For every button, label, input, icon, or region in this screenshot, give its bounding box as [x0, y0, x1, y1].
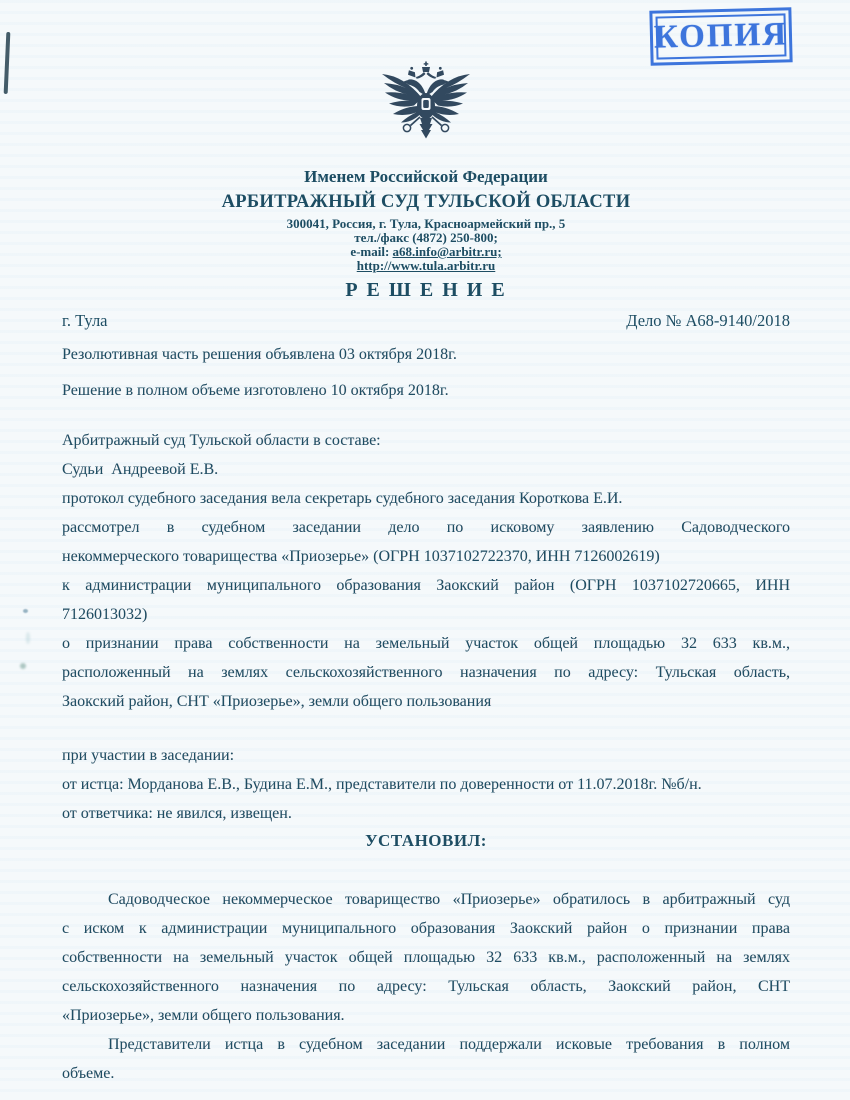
text-line: объеме. [62, 1059, 790, 1088]
in-the-name-heading: Именем Российской Федерации [62, 166, 790, 188]
document-title: Р Е Ш Е Н И Е [62, 277, 790, 303]
scan-artifact-dot [26, 632, 30, 644]
text-line: сельскохозяйственного назначения по адре… [62, 972, 790, 1001]
text-line: от ответчика: не явился, извещен. [62, 799, 790, 828]
text-line: Заокский район, СНТ «Приозерье», земли о… [62, 687, 790, 716]
text-line: «Приозерье», земли общего пользования. [62, 1001, 790, 1030]
text-line: некоммерческого товарищества «Приозерье»… [62, 542, 790, 571]
text-line: собственности на земельный участок общей… [62, 943, 790, 972]
text-line: Арбитражный суд Тульской области в соста… [62, 426, 790, 455]
court-composition-section: Арбитражный суд Тульской области в соста… [62, 426, 790, 716]
text-line: к администрации муниципального образован… [62, 571, 790, 600]
case-info-row: г. Тула Дело № А68-9140/2018 [62, 310, 790, 332]
text-line: Садоводческое некоммерческое товариществ… [62, 885, 790, 914]
text-line: при участии в заседании: [62, 741, 790, 770]
case-number: Дело № А68-9140/2018 [626, 310, 790, 332]
text-line: Судьи Андреевой Е.В. [62, 455, 790, 484]
court-email: a68.info@arbitr.ru; [393, 244, 502, 259]
scan-artifact-line [4, 32, 11, 94]
participation-section: при участии в заседании: от истца: Морда… [62, 741, 790, 828]
full-volume-date-line: Решение в полном объеме изготовлено 10 о… [62, 376, 790, 405]
text-line: протокол судебного заседания вела секрет… [62, 484, 790, 513]
scan-artifact-dot [20, 663, 26, 669]
court-email-line: e-mail: a68.info@arbitr.ru; [62, 245, 790, 259]
text-line: от истца: Морданова Е.В., Будина Е.М., п… [62, 770, 790, 799]
text-line: расположенный на землях сельскохозяйстве… [62, 658, 790, 687]
text-line: рассмотрел в судебном заседании дело по … [62, 513, 790, 542]
case-city: г. Тула [62, 310, 108, 332]
ruling-heading: УСТАНОВИЛ: [62, 826, 790, 855]
text-line: о признании права собственности на земел… [62, 629, 790, 658]
text-line: Представители истца в судебном заседании… [62, 1030, 790, 1059]
scanned-court-decision-page: КОПИЯ [0, 0, 850, 1100]
resolutive-date-line: Резолютивная часть решения объявлена 03 … [62, 340, 790, 369]
scan-artifact-dot [23, 609, 28, 613]
court-website: http://www.tula.arbitr.ru [62, 259, 790, 273]
court-name-heading: АРБИТРАЖНЫЙ СУД ТУЛЬСКОЙ ОБЛАСТИ [62, 190, 790, 214]
coat-of-arms-icon [374, 58, 478, 150]
body-section: Садоводческое некоммерческое товариществ… [62, 885, 790, 1088]
text-line: с иском к администрации муниципального о… [62, 914, 790, 943]
court-phone: тел./факс (4872) 250-800; [62, 231, 790, 245]
text-line: 7126013032) [62, 600, 790, 629]
email-label: e-mail: [350, 244, 392, 259]
court-address: 300041, Россия, г. Тула, Красноармейский… [62, 217, 790, 231]
